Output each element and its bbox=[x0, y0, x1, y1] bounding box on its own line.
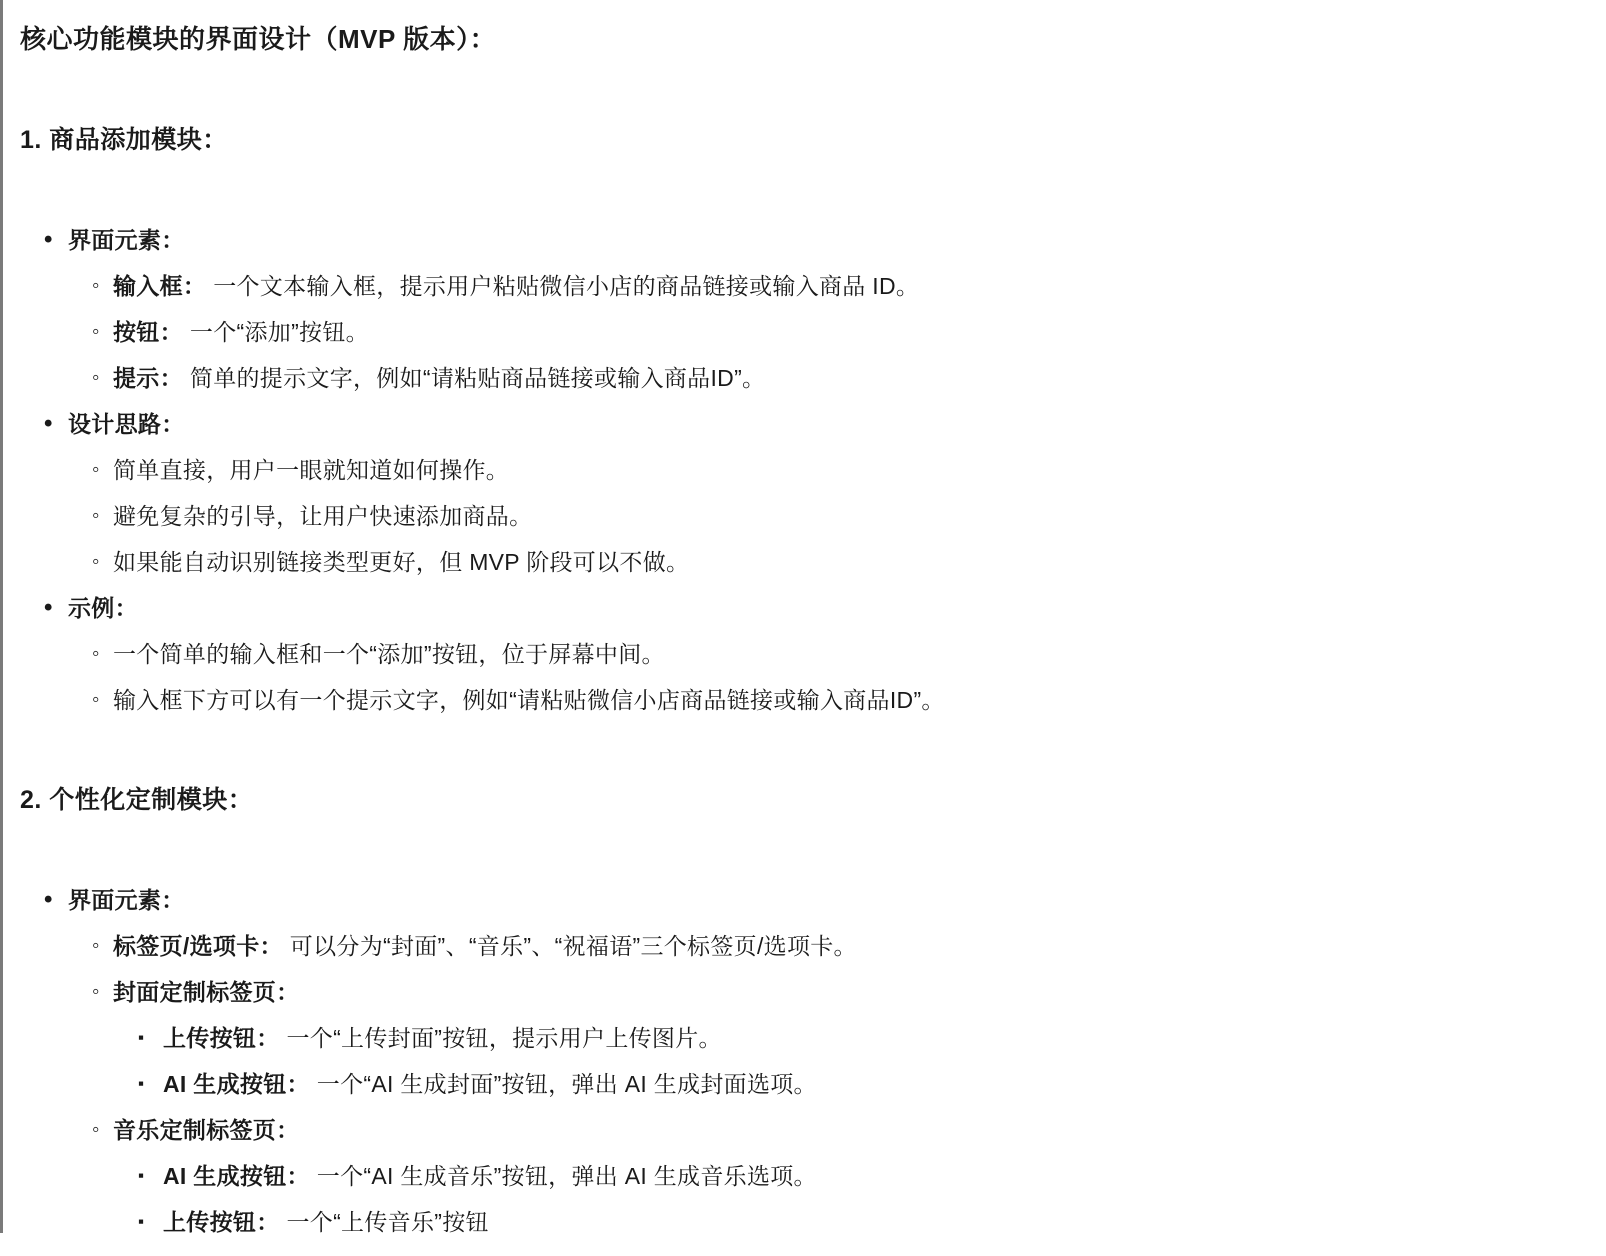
list-item: 标签页/选项卡：可以分为“封面”、“音乐”、“祝福语”三个标签页/选项卡。 bbox=[20, 930, 1576, 962]
section-product-add: 1. 商品添加模块： 界面元素： 输入框：一个文本输入框，提示用户粘贴微信小店的… bbox=[20, 124, 1576, 716]
list-item: 界面元素： bbox=[20, 884, 1576, 916]
section-personalization: 2. 个性化定制模块： 界面元素： 标签页/选项卡：可以分为“封面”、“音乐”、… bbox=[20, 784, 1576, 1233]
item-text: 输入框下方可以有一个提示文字，例如“请粘贴微信小店商品链接或输入商品ID”。 bbox=[113, 687, 945, 713]
document-content: 核心功能模块的界面设计（MVP 版本）： 1. 商品添加模块： 界面元素： 输入… bbox=[0, 0, 1606, 1233]
list-item: 如果能自动识别链接类型更好，但 MVP 阶段可以不做。 bbox=[20, 546, 1576, 578]
item-text: 一个“上传封面”按钮，提示用户上传图片。 bbox=[287, 1025, 722, 1051]
list-item: AI 生成按钮：一个“AI 生成音乐”按钮，弹出 AI 生成音乐选项。 bbox=[20, 1160, 1576, 1192]
item-label: 输入框： bbox=[113, 273, 206, 299]
list-item: 封面定制标签页： bbox=[20, 976, 1576, 1008]
list-item: 输入框：一个文本输入框，提示用户粘贴微信小店的商品链接或输入商品 ID。 bbox=[20, 270, 1576, 302]
document-panel: 核心功能模块的界面设计（MVP 版本）： 1. 商品添加模块： 界面元素： 输入… bbox=[0, 0, 1606, 1233]
list-item: 上传按钮：一个“上传音乐”按钮 bbox=[20, 1206, 1576, 1233]
document-page: 核心功能模块的界面设计（MVP 版本）： 1. 商品添加模块： 界面元素： 输入… bbox=[0, 0, 1606, 1256]
list-item: 一个简单的输入框和一个“添加”按钮，位于屏幕中间。 bbox=[20, 638, 1576, 670]
item-text: 如果能自动识别链接类型更好，但 MVP 阶段可以不做。 bbox=[113, 549, 689, 575]
list-item: 避免复杂的引导，让用户快速添加商品。 bbox=[20, 500, 1576, 532]
item-text: 一个“添加”按钮。 bbox=[190, 319, 369, 345]
item-label: 封面定制标签页： bbox=[113, 979, 299, 1005]
item-label: 设计思路： bbox=[68, 411, 185, 437]
item-text: 一个“AI 生成音乐”按钮，弹出 AI 生成音乐选项。 bbox=[317, 1163, 817, 1189]
section-2-heading: 2. 个性化定制模块： bbox=[20, 784, 1576, 816]
item-label: 提示： bbox=[113, 365, 183, 391]
item-label: AI 生成按钮： bbox=[163, 1163, 310, 1189]
item-text: 避免复杂的引导，让用户快速添加商品。 bbox=[113, 503, 532, 529]
item-text: 一个“上传音乐”按钮 bbox=[287, 1209, 489, 1233]
list-item: 界面元素： bbox=[20, 224, 1576, 256]
item-label: 上传按钮： bbox=[163, 1025, 280, 1051]
item-label: 界面元素： bbox=[68, 887, 185, 913]
item-text: 可以分为“封面”、“音乐”、“祝福语”三个标签页/选项卡。 bbox=[290, 933, 857, 959]
list-item: 输入框下方可以有一个提示文字，例如“请粘贴微信小店商品链接或输入商品ID”。 bbox=[20, 684, 1576, 716]
list-item: 提示：简单的提示文字，例如“请粘贴商品链接或输入商品ID”。 bbox=[20, 362, 1576, 394]
list-item: AI 生成按钮：一个“AI 生成封面”按钮，弹出 AI 生成封面选项。 bbox=[20, 1068, 1576, 1100]
item-text: 简单的提示文字，例如“请粘贴商品链接或输入商品ID”。 bbox=[190, 365, 765, 391]
item-label: 按钮： bbox=[113, 319, 183, 345]
doc-title: 核心功能模块的界面设计（MVP 版本）： bbox=[20, 22, 1576, 56]
item-label: AI 生成按钮： bbox=[163, 1071, 310, 1097]
item-text: 简单直接，用户一眼就知道如何操作。 bbox=[113, 457, 509, 483]
item-text: 一个文本输入框，提示用户粘贴微信小店的商品链接或输入商品 ID。 bbox=[213, 273, 919, 299]
item-text: 一个“AI 生成封面”按钮，弹出 AI 生成封面选项。 bbox=[317, 1071, 817, 1097]
list-item: 音乐定制标签页： bbox=[20, 1114, 1576, 1146]
item-label: 音乐定制标签页： bbox=[113, 1117, 299, 1143]
section-1-heading: 1. 商品添加模块： bbox=[20, 124, 1576, 156]
panel-left-border bbox=[0, 0, 3, 1233]
list-item: 按钮：一个“添加”按钮。 bbox=[20, 316, 1576, 348]
item-label: 界面元素： bbox=[68, 227, 185, 253]
item-label: 上传按钮： bbox=[163, 1209, 280, 1233]
item-text: 一个简单的输入框和一个“添加”按钮，位于屏幕中间。 bbox=[113, 641, 665, 667]
item-label: 标签页/选项卡： bbox=[113, 933, 283, 959]
list-item: 示例： bbox=[20, 592, 1576, 624]
list-item: 简单直接，用户一眼就知道如何操作。 bbox=[20, 454, 1576, 486]
list-item: 设计思路： bbox=[20, 408, 1576, 440]
item-label: 示例： bbox=[68, 595, 138, 621]
list-item: 上传按钮：一个“上传封面”按钮，提示用户上传图片。 bbox=[20, 1022, 1576, 1054]
